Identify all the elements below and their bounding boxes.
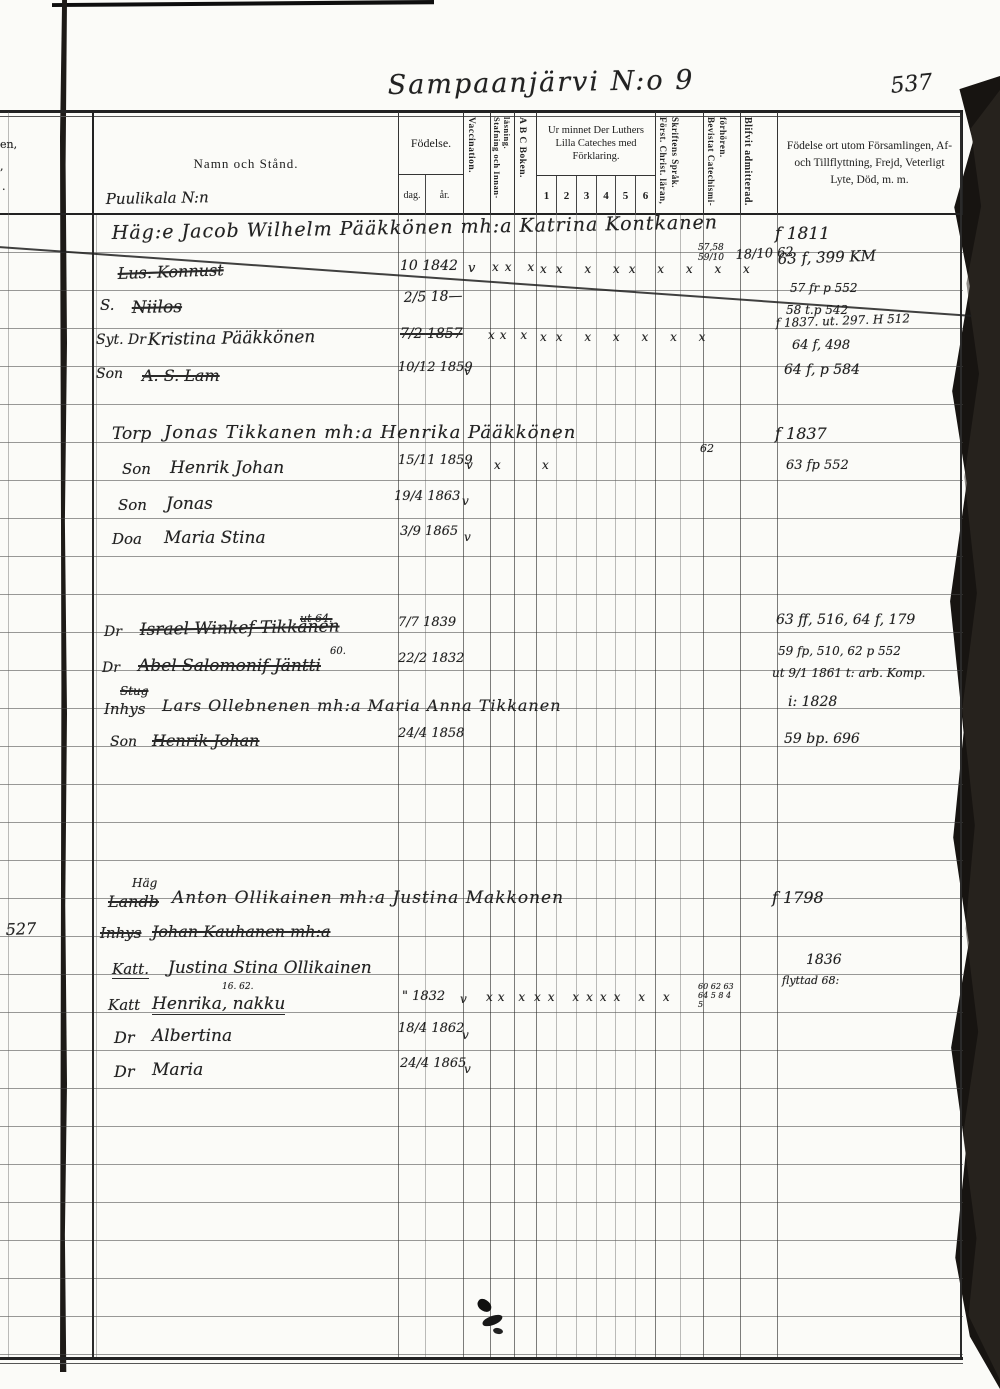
header-catechism-cell: Ur minnet Der Luthers Lilla Cateches med…	[536, 112, 655, 176]
vaccination-mark: v	[460, 992, 467, 1006]
margin-rule	[8, 112, 9, 1357]
record-prefix: Landb	[108, 892, 159, 911]
record-prefix: Son	[118, 496, 147, 514]
record-prefix: Dr	[102, 660, 120, 676]
col-rule	[556, 176, 557, 1357]
village-heading: Puulikala N:n	[106, 188, 209, 208]
record-prefix: Doa	[112, 530, 142, 548]
table-left-border-inner	[96, 215, 97, 1357]
catechism-col-number: 2	[564, 190, 570, 202]
vaccination-mark: v	[464, 1062, 471, 1076]
record-prefix: Son	[122, 460, 151, 478]
scan-top-streak	[52, 0, 434, 7]
vaccination-mark: v	[464, 364, 471, 378]
record-superscript: Stug	[120, 684, 148, 698]
record-prefix: Katt	[108, 996, 140, 1014]
record-prefix: Katt.	[112, 960, 149, 979]
record-name: Henrik Johan	[152, 731, 259, 750]
header-vaccination-label: Vaccination.	[465, 117, 476, 173]
catechism-col-number: 6	[643, 190, 649, 202]
record-name: Niilos	[132, 297, 182, 318]
header-attended-line1: Bevistat Catechismi-	[705, 117, 717, 206]
record-prefix: Syt. Dr	[96, 332, 146, 348]
record-note: 1836	[806, 952, 842, 968]
header-comprehension-line1: Först. Christ. läran,	[657, 117, 669, 204]
header-spelling-label-line1: Stafning och Innan-	[492, 117, 502, 199]
record-superscript: 60.	[330, 646, 346, 657]
header-birth-year-label: år.	[440, 190, 450, 201]
table-bottom-border-inner	[0, 1363, 963, 1364]
page-title-handwritten: Sampaanjärvi N:o 9	[387, 65, 694, 101]
record-name: Johan Kauhanen mh:a	[152, 922, 331, 941]
record-prefix: Torp	[112, 424, 151, 444]
col-rule	[425, 175, 426, 1357]
birth-date: 24/4 1858	[398, 726, 464, 741]
catechism-marks: xx x xx x x x x	[540, 262, 759, 276]
record-name: Henrik Johan	[170, 458, 284, 478]
col-rule	[463, 215, 464, 1357]
record-name: Jonas Tikkanen mh:a Henrika Pääkkönen	[164, 422, 576, 443]
facing-page-fragment: .	[2, 180, 6, 193]
birth-date: 3/9 1865	[400, 524, 458, 539]
record-name: Maria Stina	[164, 528, 266, 548]
record-name: Justina Stina Ollikainen	[168, 958, 372, 978]
record-name: Lus. Konnust	[117, 260, 224, 283]
col-rule	[576, 176, 577, 1357]
catechism-marks: xx x x x x x	[540, 330, 714, 344]
record-note: 63 f, 399 KM	[777, 247, 876, 268]
header-admitted-cell: Blifvit admitterad.	[740, 112, 777, 215]
record-name: Abel Salomonif Jäntti	[138, 656, 321, 676]
record-name: Jonas	[166, 494, 213, 514]
header-admitted-label: Blifvit admitterad.	[742, 117, 753, 206]
record-note: 57 fr p 552	[790, 281, 857, 295]
record-prefix: Inhys	[104, 700, 145, 718]
header-catechism-col-5: 5	[615, 176, 635, 215]
header-comprehension-line2: Skriftens Språk.	[669, 117, 681, 204]
record-prefix: Son	[110, 734, 137, 750]
ruled-lines	[0, 215, 963, 1357]
record-note: 59 bp. 696	[784, 731, 860, 747]
attended-years: 60 62 63 64 5 8 4 5	[698, 982, 734, 1009]
record-name: A. S. Lam	[142, 366, 220, 385]
catechism-col-number: 3	[584, 190, 590, 202]
record-note: f 1798	[772, 888, 824, 907]
record-prefix: Dr	[104, 624, 122, 640]
col-rule	[398, 215, 399, 1357]
catechism-col-number: 1	[544, 190, 550, 202]
header-birth-label: Födelse.	[411, 136, 451, 151]
birth-date: 24/4 1865	[400, 1056, 466, 1071]
table-right-border	[960, 112, 962, 1357]
birth-date: " 1832	[402, 989, 445, 1004]
record-name: Anton Ollikainen mh:a Justina Makkonen	[172, 888, 564, 908]
record-prefix: Inhys	[100, 924, 141, 942]
table-bottom-border	[0, 1357, 963, 1360]
reading-marks: xx x	[488, 328, 532, 342]
header-notes-label: Födelse ort utom Församlingen, Af- och T…	[782, 138, 957, 189]
col-rule	[596, 176, 597, 1357]
birth-date: 22/2 1832	[398, 651, 464, 666]
col-rule	[514, 215, 515, 1357]
col-rule	[655, 215, 656, 1357]
record-note: i: 1828	[788, 694, 837, 710]
record-note: 64 f, 498	[792, 338, 850, 353]
birth-date: 18/4 1862	[398, 1021, 464, 1036]
header-birth-year-cell: år.	[425, 175, 463, 215]
header-catechism-col-4: 4	[596, 176, 615, 215]
col-rule	[615, 176, 616, 1357]
table-left-border	[92, 215, 94, 1357]
record-note: f 1811	[775, 224, 830, 244]
vaccination-mark: v	[468, 261, 475, 276]
catechism-col-number: 4	[603, 190, 609, 202]
header-attended-cell: Bevistat Catechismi- förhören.	[703, 112, 740, 215]
record-superscript: Häg	[132, 876, 157, 890]
header-birth-cell: Födelse.	[398, 112, 463, 175]
header-birth-day-cell: dag.	[398, 175, 425, 215]
catechism-col-number: 5	[623, 190, 629, 202]
facing-page-fragment: ,	[0, 160, 4, 173]
header-comprehension-cell: Först. Christ. läran, Skriftens Språk.	[655, 112, 703, 215]
catechism-marks: x	[542, 458, 549, 472]
header-spelling-cell: Stafning och Innan- läsning.	[490, 112, 514, 215]
record-name: Lars Ollebnenen mh:a Maria Anna Tikkanen	[162, 696, 562, 715]
record-note: 64 f, p 584	[784, 362, 860, 378]
record-note: 63 fp 552	[786, 458, 849, 473]
col-rule	[490, 215, 491, 1357]
record-prefix: Son	[96, 366, 123, 382]
header-catechism-col-1: 1	[536, 176, 556, 215]
record-name: Albertina	[152, 1026, 232, 1046]
header-catechism-label: Ur minnet Der Luthers Lilla Cateches med…	[539, 124, 653, 163]
vaccination-mark: v	[466, 458, 473, 472]
header-catechism-col-3: 3	[576, 176, 596, 215]
attended-years: 62	[700, 442, 714, 455]
record-superscript: 16. 62.	[222, 982, 254, 992]
record-note: 63 ff, 516, 64 f, 179	[776, 612, 915, 628]
col-rule	[740, 215, 741, 1357]
header-catechism-col-6: 6	[635, 176, 655, 215]
vaccination-mark: v	[462, 1028, 469, 1042]
record-prefix: Dr	[114, 1028, 134, 1047]
scanned-ledger-page: en, , . 527 Sampaanjärvi N:o 9 537 Namn …	[0, 0, 1000, 1389]
record-note: 59 fp, 510, 62 p 552	[778, 644, 901, 658]
header-birth-day-label: dag.	[404, 190, 421, 201]
header-abc-cell: A B C Boken.	[514, 112, 536, 215]
reading-marks: xx x	[486, 990, 530, 1004]
record-note: ut 9/1 1861 t: arb. Komp.	[772, 666, 925, 680]
col-rule	[703, 215, 704, 1357]
vaccination-mark: v	[464, 530, 471, 544]
attended-years: 57,58 59/10	[698, 243, 738, 263]
record-note: f 1837	[775, 424, 827, 443]
vaccination-mark: v	[462, 494, 469, 508]
header-vaccination-cell: Vaccination.	[463, 112, 490, 215]
record-name: Kristina Pääkkönen	[148, 327, 316, 350]
record-prefix: Dr	[114, 1062, 134, 1081]
header-abc-label: A B C Boken.	[516, 117, 527, 178]
birth-date: 19/4 1863	[394, 489, 460, 504]
birth-date: 7/7 1839	[398, 615, 456, 630]
reading-marks: x	[494, 458, 501, 472]
record-name: Henrika, nakku	[152, 994, 285, 1015]
birth-date: 2/5 18—	[403, 288, 462, 306]
col-rule	[680, 215, 681, 1357]
col-rule	[777, 215, 778, 1357]
record-name: Israel Winkef Tikkanen	[140, 617, 340, 640]
header-attended-line2: förhören.	[717, 117, 729, 206]
header-spelling-label-line2: läsning.	[502, 117, 512, 199]
record-note: flyttad 68:	[782, 974, 839, 987]
header-notes-cell: Födelse ort utom Församlingen, Af- och T…	[777, 112, 963, 215]
birth-date: 10 1842	[400, 258, 458, 274]
header-catechism-col-2: 2	[556, 176, 576, 215]
header-name-label: Namn och Stånd.	[194, 156, 299, 172]
record-prefix: S.	[100, 296, 115, 314]
birth-date: 7/2 1857	[400, 326, 463, 342]
col-rule	[536, 215, 537, 1357]
catechism-marks: xx xxxx x x	[534, 990, 677, 1004]
col-rule	[635, 176, 636, 1357]
page-number: 537	[889, 70, 933, 99]
record-name: Maria	[152, 1060, 203, 1080]
birth-date: 10/12 1859	[398, 360, 473, 375]
birth-date: 15/11 1859	[398, 453, 473, 468]
reading-marks: xx x	[492, 260, 540, 274]
